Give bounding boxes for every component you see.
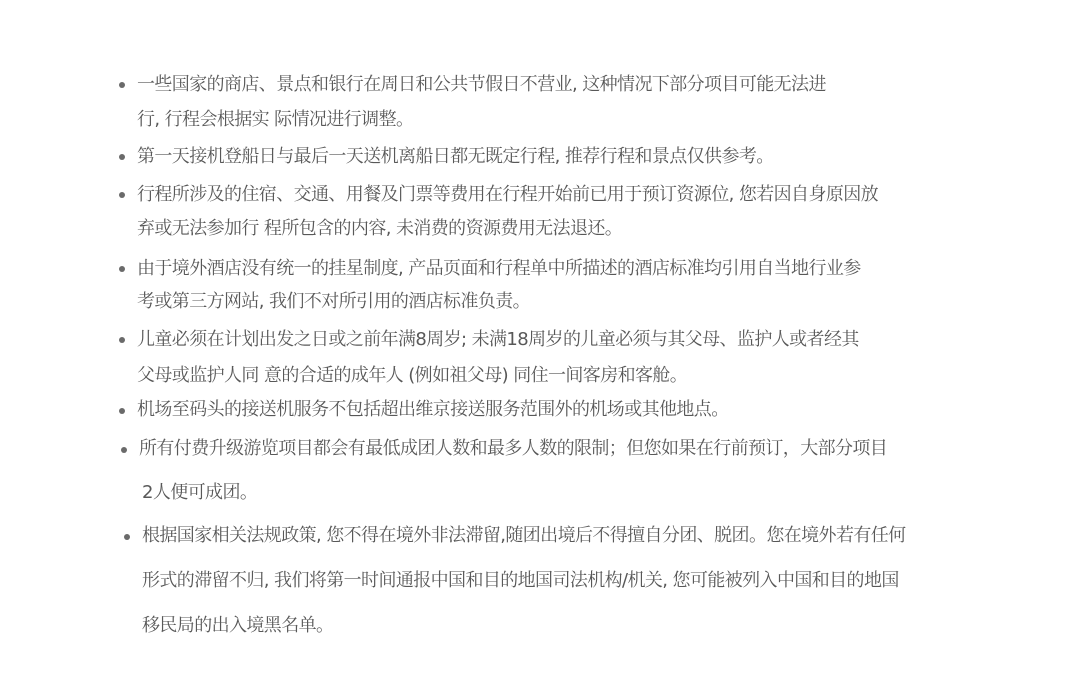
notice-text: 2人便可成团。 [142, 481, 257, 505]
bullet-icon [119, 266, 125, 272]
bullet-icon [119, 154, 125, 160]
notice-text: 移民局的出入境黑名单。 [142, 614, 333, 638]
bullet-icon [119, 408, 125, 414]
bullet-icon [124, 534, 130, 540]
bullet-icon [119, 337, 125, 343]
notice-text: 考或第三方网站, 我们不对所引用的酒店标准负责。 [137, 290, 530, 314]
notice-text: 儿童必须在计划出发之日或之前年满8周岁; 未满18周岁的儿童必须与其父母、监护人… [137, 328, 859, 352]
bullet-icon [119, 82, 125, 88]
notice-text: 行程所涉及的住宿、交通、用餐及门票等费用在行程开始前已用于预订资源位, 您若因自… [137, 183, 878, 207]
notice-text: 父母或监护人同 意的合适的成年人 (例如祖父母) 同住一间客房和客舱。 [137, 364, 687, 388]
notice-text: 机场至码头的接送机服务不包括超出维京接送服务范围外的机场或其他地点。 [137, 398, 729, 422]
travel-notice-list: 一些国家的商店、景点和银行在周日和公共节假日不营业, 这种情况下部分项目可能无法… [0, 0, 1080, 673]
notice-text: 弃或无法参加行 程所包含的内容, 未消费的资源费用无法退还。 [137, 217, 622, 241]
notice-text: 行, 行程会根据实 际情况进行调整。 [137, 108, 413, 132]
bullet-icon [119, 192, 125, 198]
notice-text: 根据国家相关法规政策, 您不得在境外非法滞留,随团出境后不得擅自分团、脱团。您在… [142, 524, 906, 548]
notice-text: 第一天接机登船日与最后一天送机离船日都无既定行程, 推荐行程和景点仅供参考。 [137, 145, 774, 169]
notice-text: 由于境外酒店没有统一的挂星制度, 产品页面和行程单中所描述的酒店标准均引用自当地… [137, 257, 861, 281]
notice-text: 形式的滞留不归, 我们将第一时间通报中国和目的地国司法机构/机关, 您可能被列入… [142, 569, 899, 593]
notice-text: 所有付费升级游览项目都会有最低成团人数和最多人数的限制；但您如果在行前预订，大部… [139, 437, 887, 461]
bullet-icon [121, 447, 127, 453]
notice-text: 一些国家的商店、景点和银行在周日和公共节假日不营业, 这种情况下部分项目可能无法… [137, 73, 826, 97]
